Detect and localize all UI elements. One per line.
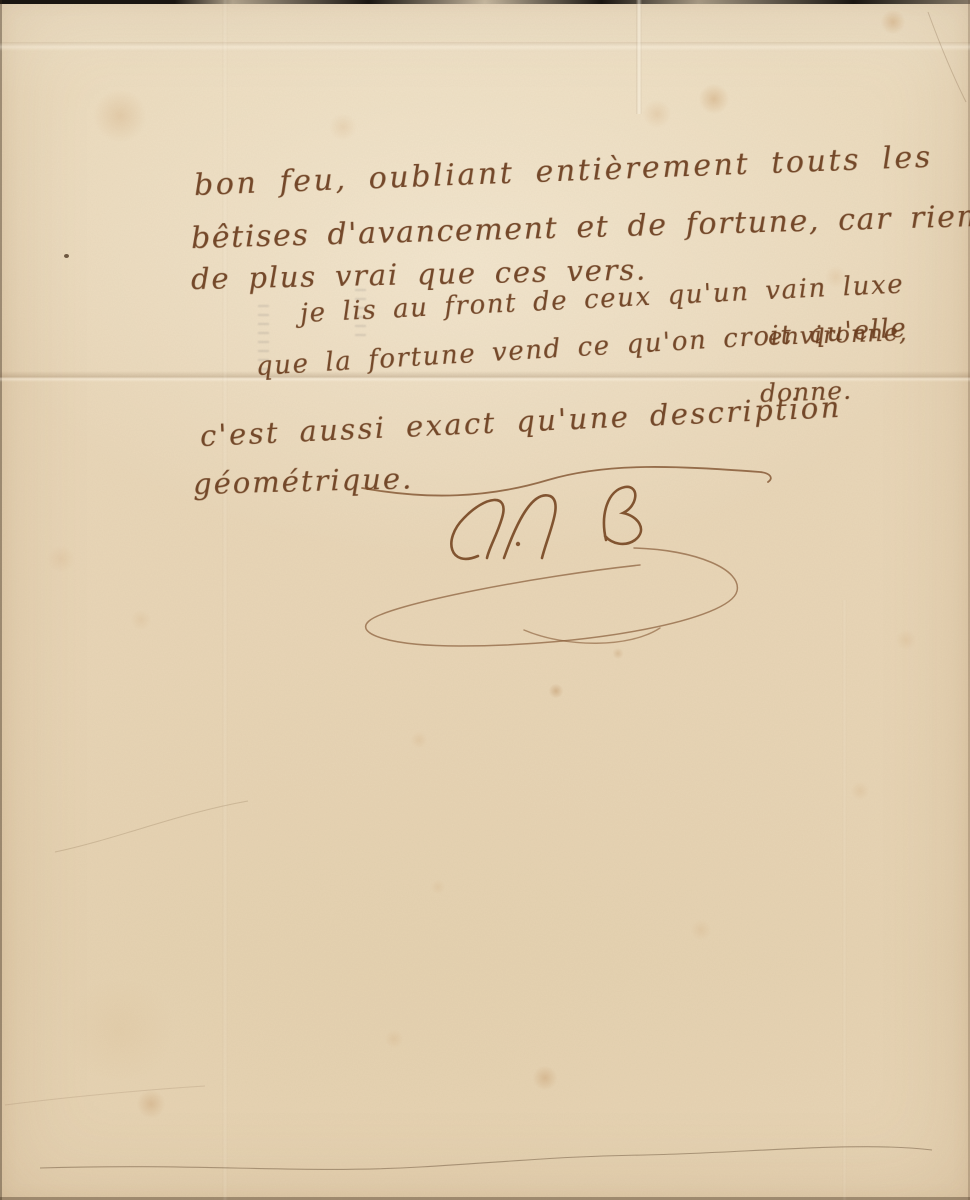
pen-flourish	[358, 458, 788, 504]
ink-dot	[64, 254, 69, 258]
stain	[430, 880, 446, 894]
signature-initial-h	[504, 495, 556, 558]
stain	[92, 90, 148, 142]
stain	[880, 10, 906, 34]
scan-edge-left	[0, 0, 2, 1200]
stain	[850, 782, 870, 800]
stain	[130, 610, 152, 630]
stain	[384, 1030, 404, 1048]
stain	[612, 648, 624, 659]
stain	[548, 684, 564, 698]
letter-line-2: bêtises d'avancement et de fortune, car …	[191, 199, 970, 256]
stain	[46, 546, 76, 572]
stain	[698, 84, 730, 114]
signature-dot	[516, 542, 520, 546]
stain	[410, 732, 428, 748]
stain	[642, 100, 672, 128]
stain	[532, 1066, 558, 1090]
signature-paraph	[366, 548, 738, 646]
closing-line-2: géométrique.	[193, 461, 414, 501]
stain	[690, 920, 712, 940]
fold-line-vertical-right	[842, 600, 847, 1200]
stain	[136, 1090, 166, 1118]
fold-line-vertical-top	[636, 0, 642, 114]
letter-line-1: bon feu, oubliant entièrement touts les	[193, 140, 933, 203]
stain	[328, 114, 358, 140]
scan-edge-top	[0, 0, 970, 4]
signature-paraph-underline	[524, 628, 660, 643]
stain	[60, 980, 180, 1080]
signature-initial-L	[451, 500, 503, 559]
stain	[895, 630, 917, 650]
closing-line-1: c'est aussi exact qu'une description	[199, 390, 842, 453]
letter-page: bon feu, oubliant entièrement touts les …	[0, 0, 970, 1200]
signature-initial-B	[604, 487, 641, 544]
fold-line-top	[0, 42, 970, 51]
signature	[338, 478, 768, 668]
